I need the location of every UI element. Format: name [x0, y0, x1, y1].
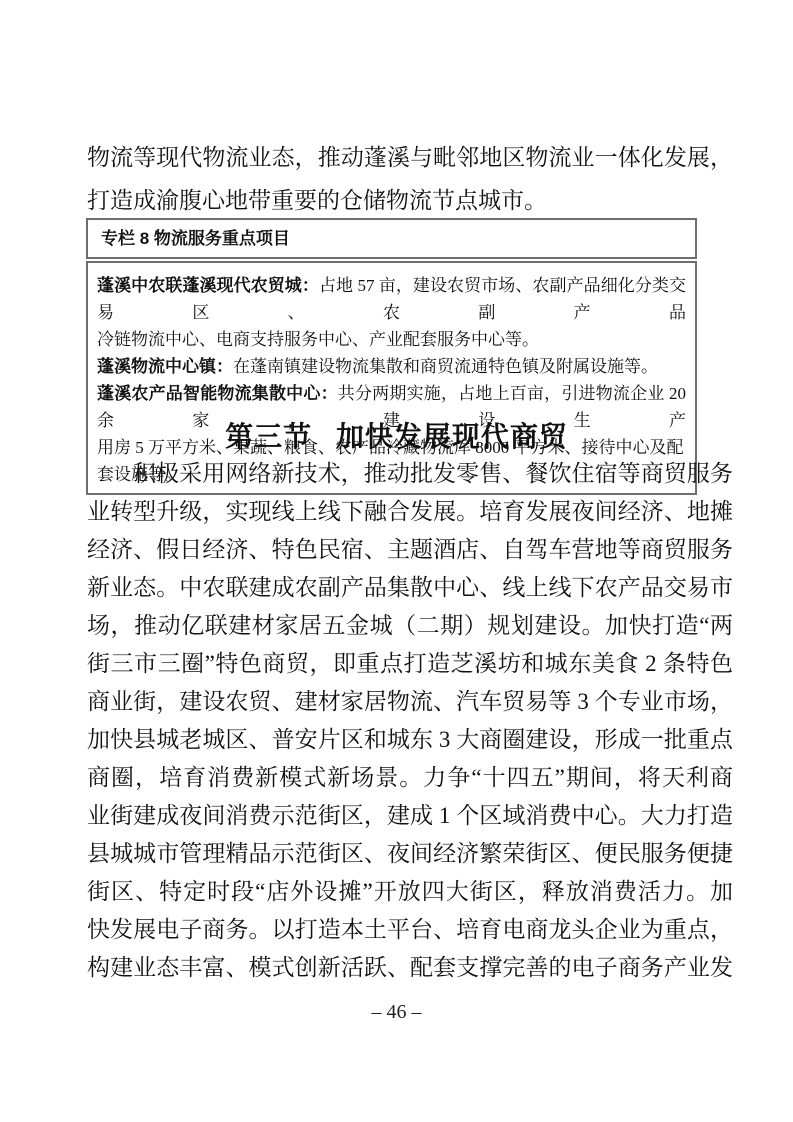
paragraph-line: 场，推动亿联建材家居五金城（二期）规划建设。加快打造“两 — [87, 607, 733, 645]
project-description: 在蓬南镇建设物流集散和商贸流通特色镇及附属设施等。 — [233, 357, 658, 376]
paragraph-line: 新业态。中农联建成农副产品集散中心、线上线下农产品交易市 — [87, 569, 733, 607]
paragraph-line: 商圈，培育消费新模式新场景。力争“十四五”期间，将天利商 — [87, 759, 733, 797]
paragraph-line: 物流等现代物流业态，推动蓬溪与毗邻地区物流业一体化发展， — [87, 136, 733, 179]
paragraph-line: 加快县城老城区、普安片区和城东 3 大商圈建设，形成一批重点 — [87, 721, 733, 759]
paragraph-line: 业转型升级，实现线上线下融合发展。培育发展夜间经济、地摊 — [87, 493, 733, 531]
project-name: 蓬溪中农联蓬溪现代农贸城： — [97, 276, 319, 295]
intro-paragraph: 物流等现代物流业态，推动蓬溪与毗邻地区物流业一体化发展， 打造成渝腹心地带重要的… — [87, 136, 733, 222]
paragraph-line: 打造成渝腹心地带重要的仓储物流节点城市。 — [87, 179, 733, 222]
paragraph-line: 经济、假日经济、特色民宿、主题酒店、自驾车营地等商贸服务 — [87, 531, 733, 569]
callout-line: 冷链物流中心、电商支持服务中心、产业配套服务中心等。 — [97, 326, 686, 353]
project-name: 蓬溪物流中心镇： — [97, 357, 233, 376]
paragraph-line: 积极采用网络新技术，推动批发零售、餐饮住宿等商贸服务 — [87, 455, 733, 493]
project-name: 蓬溪农产品智能物流集散中心： — [97, 384, 338, 403]
section-title: 加快发展现代商贸 — [336, 422, 568, 453]
callout-line: 蓬溪中农联蓬溪现代农贸城：占地 57 亩，建设农贸市场、农副产品细化分类交易区、… — [97, 272, 686, 326]
document-page: 物流等现代物流业态，推动蓬溪与毗邻地区物流业一体化发展， 打造成渝腹心地带重要的… — [0, 0, 793, 1122]
section-number: 第三节 — [225, 422, 312, 453]
paragraph-line: 商业街，建设农贸、建材家居物流、汽车贸易等 3 个专业市场， — [87, 683, 733, 721]
paragraph-line: 业街建成夜间消费示范街区，建成 1 个区域消费中心。大力打造 — [87, 797, 733, 835]
paragraph-line: 街三市三圈”特色商贸，即重点打造芝溪坊和城东美食 2 条特色 — [87, 645, 733, 683]
page-number: – 46 – — [0, 1000, 793, 1024]
section-heading: 第三节加快发展现代商贸 — [0, 418, 793, 458]
paragraph-line: 构建业态丰富、模式创新活跃、配套支撑完善的电子商务产业发 — [87, 949, 733, 987]
paragraph-line: 快发展电子商务。以打造本土平台、培育电商龙头企业为重点， — [87, 911, 733, 949]
body-paragraph: 积极采用网络新技术，推动批发零售、餐饮住宿等商贸服务 业转型升级，实现线上线下融… — [87, 455, 733, 987]
callout-line: 蓬溪物流中心镇：在蓬南镇建设物流集散和商贸流通特色镇及附属设施等。 — [97, 353, 686, 380]
paragraph-line: 县城城市管理精品示范街区、夜间经济繁荣街区、便民服务便捷 — [87, 835, 733, 873]
project-description: 冷链物流中心、电商支持服务中心、产业配套服务中心等。 — [97, 330, 539, 349]
paragraph-line: 街区、特定时段“店外设摊”开放四大街区，释放消费活力。加 — [87, 873, 733, 911]
callout-box-title: 专栏 8 物流服务重点项目 — [86, 218, 697, 259]
